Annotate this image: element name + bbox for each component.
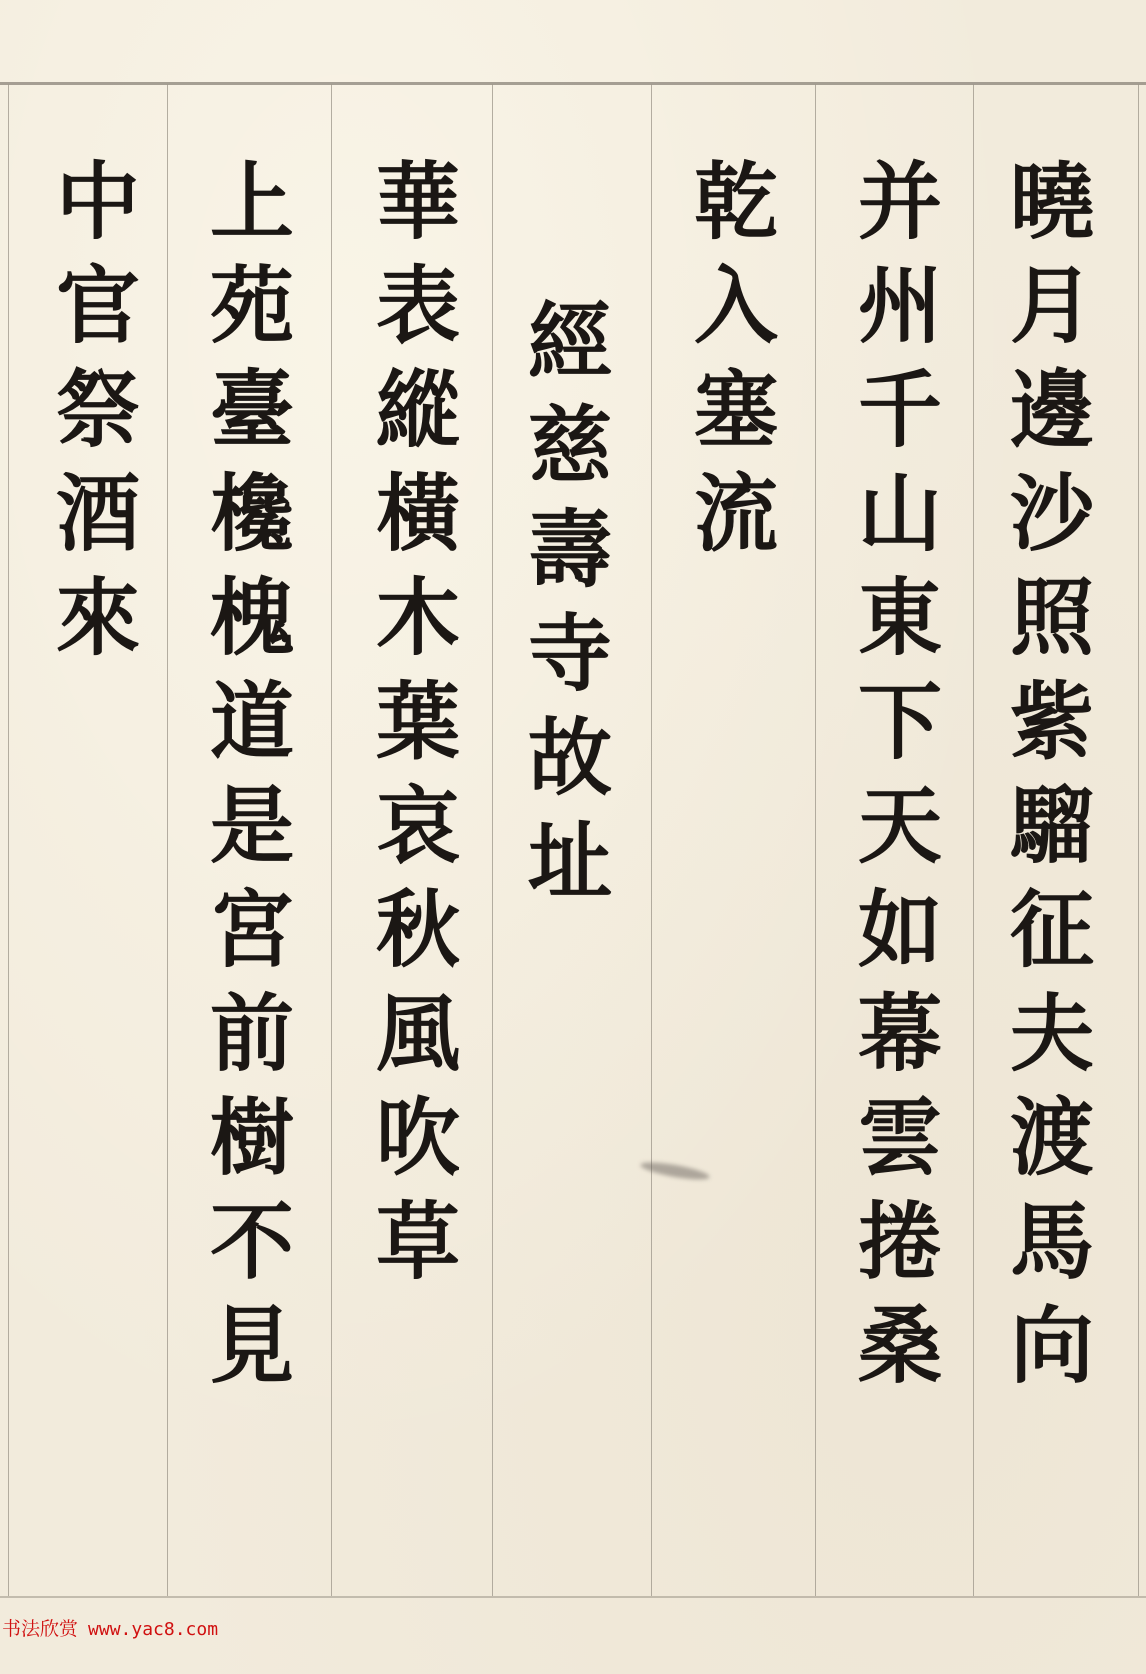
calligraphy-character: 官 [38, 254, 158, 358]
top-border-rule [0, 82, 1146, 85]
watermark: 书法欣赏www.yac8.com [2, 1614, 218, 1641]
calligraphy-character: 不 [192, 1190, 312, 1294]
column-rule [1138, 84, 1139, 1596]
calligraphy-column-7: 中官祭酒來 [38, 150, 158, 670]
calligraphy-character: 槐 [192, 566, 312, 670]
calligraphy-character: 雲 [840, 1086, 960, 1190]
calligraphy-character: 祭 [38, 358, 158, 462]
calligraphy-character: 山 [840, 462, 960, 566]
watermark-url: www.yac8.com [88, 1619, 218, 1640]
calligraphy-character: 下 [840, 670, 960, 774]
calligraphy-character: 酒 [38, 462, 158, 566]
calligraphy-character: 址 [510, 810, 630, 914]
calligraphy-character: 吹 [358, 1086, 478, 1190]
calligraphy-character: 渡 [992, 1086, 1112, 1190]
calligraphy-character: 哀 [358, 774, 478, 878]
calligraphy-character: 宮 [192, 878, 312, 982]
calligraphy-character: 曉 [992, 150, 1112, 254]
calligraphy-column-2: 并州千山東下天如幕雲捲桑 [840, 150, 960, 1398]
column-rule [815, 84, 816, 1596]
calligraphy-column-6: 上苑臺欃槐道是宮前樹不見 [192, 150, 312, 1398]
column-rule [8, 84, 9, 1596]
calligraphy-character: 捲 [840, 1190, 960, 1294]
column-rule [651, 84, 652, 1596]
calligraphy-character: 邊 [992, 358, 1112, 462]
calligraphy-column-4: 經慈壽寺故址 [510, 290, 630, 914]
calligraphy-character: 秋 [358, 878, 478, 982]
calligraphy-character: 欃 [192, 462, 312, 566]
calligraphy-character: 道 [192, 670, 312, 774]
calligraphy-character: 故 [510, 706, 630, 810]
calligraphy-character: 夫 [992, 982, 1112, 1086]
column-rule [973, 84, 974, 1596]
calligraphy-character: 是 [192, 774, 312, 878]
calligraphy-character: 前 [192, 982, 312, 1086]
calligraphy-character: 經 [510, 290, 630, 394]
calligraphy-character: 如 [840, 878, 960, 982]
calligraphy-character: 苑 [192, 254, 312, 358]
calligraphy-character: 千 [840, 358, 960, 462]
calligraphy-character: 月 [992, 254, 1112, 358]
calligraphy-character: 馬 [992, 1190, 1112, 1294]
calligraphy-character: 流 [676, 462, 796, 566]
calligraphy-character: 上 [192, 150, 312, 254]
column-rule [492, 84, 493, 1596]
calligraphy-character: 乾 [676, 150, 796, 254]
column-rule [331, 84, 332, 1596]
calligraphy-character: 木 [358, 566, 478, 670]
calligraphy-character: 風 [358, 982, 478, 1086]
calligraphy-character: 紫 [992, 670, 1112, 774]
calligraphy-character: 見 [192, 1294, 312, 1398]
calligraphy-column-5: 華表縱橫木葉哀秋風吹草 [358, 150, 478, 1294]
bottom-border-rule [0, 1596, 1146, 1598]
calligraphy-character: 東 [840, 566, 960, 670]
calligraphy-character: 壽 [510, 498, 630, 602]
calligraphy-character: 橫 [358, 462, 478, 566]
calligraphy-character: 騮 [992, 774, 1112, 878]
calligraphy-character: 中 [38, 150, 158, 254]
calligraphy-character: 慈 [510, 394, 630, 498]
calligraphy-character: 臺 [192, 358, 312, 462]
calligraphy-character: 華 [358, 150, 478, 254]
calligraphy-character: 來 [38, 566, 158, 670]
calligraphy-character: 縱 [358, 358, 478, 462]
calligraphy-character: 入 [676, 254, 796, 358]
calligraphy-character: 照 [992, 566, 1112, 670]
calligraphy-character: 桑 [840, 1294, 960, 1398]
calligraphy-character: 寺 [510, 602, 630, 706]
calligraphy-column-3: 乾入塞流 [676, 150, 796, 566]
calligraphy-character: 州 [840, 254, 960, 358]
calligraphy-character: 征 [992, 878, 1112, 982]
calligraphy-character: 塞 [676, 358, 796, 462]
watermark-label: 书法欣赏 [2, 1618, 78, 1640]
column-rule [167, 84, 168, 1596]
calligraphy-character: 幕 [840, 982, 960, 1086]
calligraphy-character: 樹 [192, 1086, 312, 1190]
calligraphy-character: 葉 [358, 670, 478, 774]
calligraphy-character: 向 [992, 1294, 1112, 1398]
calligraphy-character: 草 [358, 1190, 478, 1294]
calligraphy-character: 沙 [992, 462, 1112, 566]
calligraphy-column-1: 曉月邊沙照紫騮征夫渡馬向 [992, 150, 1112, 1398]
calligraphy-character: 表 [358, 254, 478, 358]
calligraphy-character: 并 [840, 150, 960, 254]
calligraphy-character: 天 [840, 774, 960, 878]
